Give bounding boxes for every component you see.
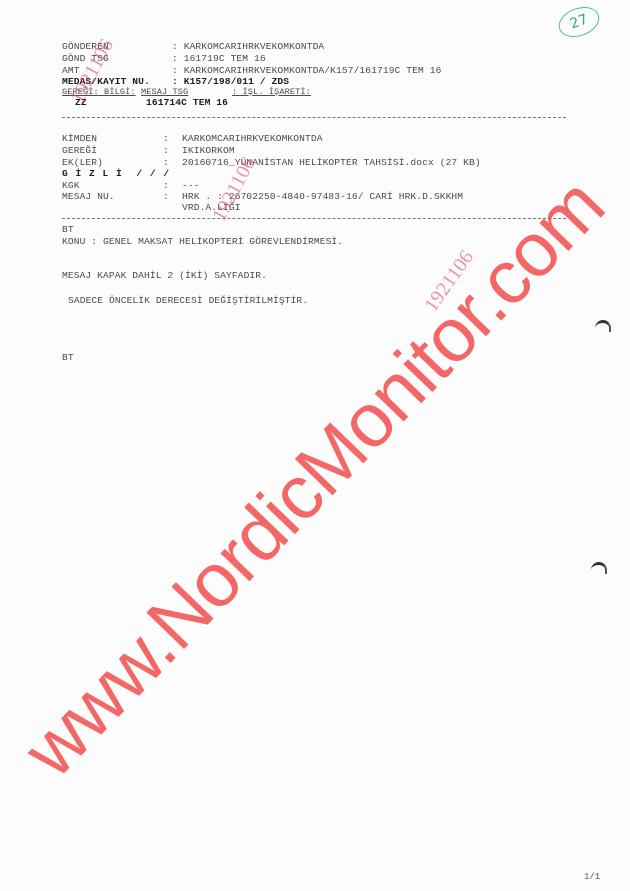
geregi-label: GEREĞİ — [62, 145, 97, 156]
colon: : — [163, 133, 169, 144]
subject-line: KONU : GENEL MAKSAT HELİKOPTERİ GÖREVLEN… — [62, 236, 343, 247]
divider — [62, 218, 566, 219]
pages-note: MESAJ KAPAK DAHİL 2 (İKİ) SAYFADIR. — [62, 270, 267, 281]
geregi-value: IKIKORKOM — [182, 145, 235, 156]
isl-isareti-label: : İŞL. İŞARETİ: — [232, 87, 311, 98]
punch-hole-mark — [591, 562, 607, 574]
bt-open: BT — [62, 224, 74, 235]
kimden-label: KİMDEN — [62, 133, 97, 144]
colon: : — [163, 180, 169, 191]
gonderen-value: : KARKOMCARIHRKVEKOMKONTDA — [172, 41, 324, 52]
gond-tsg-value: : 161719C TEM 16 — [172, 53, 266, 64]
divider — [62, 117, 566, 118]
priority-note: SADECE ÖNCELİK DERECESİ DEĞİŞTİRİLMİŞTİR… — [68, 295, 308, 306]
bt-close: BT — [62, 352, 74, 363]
kimden-value: KARKOMCARIHRKVEKOMKONTDA — [182, 133, 323, 144]
kgk-label: KGK — [62, 180, 80, 191]
attachment-link[interactable]: 20160716_YUNANİSTAN HELİKOPTER TAHSİSİ.d… — [182, 157, 481, 168]
handwritten-page-number: 27 — [554, 2, 603, 43]
colon: : — [163, 191, 169, 202]
amt-value: : KARKOMCARIHRKVEKOMKONTDA/K157/161719C … — [172, 65, 441, 76]
page-number: 1/1 — [584, 872, 600, 882]
ekler-label: EK(LER) — [62, 157, 103, 168]
kgk-value: --- — [182, 180, 200, 191]
punch-hole-mark — [595, 320, 611, 332]
colon: : — [163, 157, 169, 168]
classification-gizli: G İ Z L İ / / / — [62, 168, 170, 179]
mesaj-tsg-value: 161714C TEM 16 — [146, 97, 228, 108]
medas-value: : K157/198/011 / ZDS — [172, 76, 289, 87]
watermark: www.NordicMonitor.com — [7, 162, 621, 794]
colon: : — [163, 145, 169, 156]
mesaj-nu-label: MESAJ NU. — [62, 191, 115, 202]
